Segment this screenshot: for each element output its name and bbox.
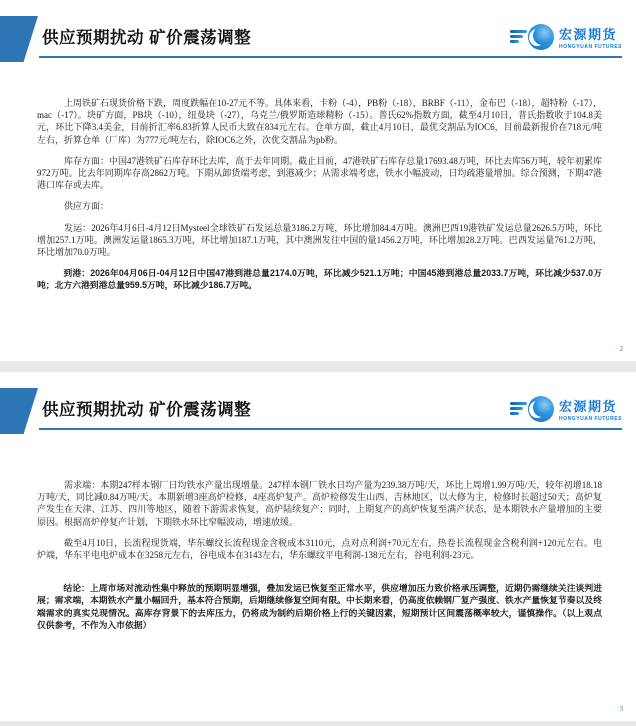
logo-name-en: HONGYUAN FUTURES: [559, 416, 622, 422]
logo-name-cn: 宏源期货: [559, 396, 622, 415]
company-logo: 宏源期货 HONGYUAN FUTURES: [510, 24, 622, 50]
logo-name-cn: 宏源期货: [559, 24, 622, 43]
paragraph-inventory: 库存方面：中国47港铁矿石库存环比去库，高于去年同期。截止目前，47港铁矿石库存…: [37, 155, 602, 192]
paragraph-cost-profit: 截至4月10日，长流程现货端，华东螺纹长流程现金含税成本3110元，点对点利润+…: [37, 537, 602, 561]
header-accent-band: [0, 16, 38, 62]
report-page-3: 供应预期扰动 矿价震荡调整 宏源期货 HONGYUAN FUTURES 需求端：…: [0, 372, 636, 721]
logo-name-en: HONGYUAN FUTURES: [559, 44, 622, 50]
page-number: 2: [620, 345, 624, 353]
page-title: 供应预期扰动 矿价震荡调整: [42, 24, 251, 48]
page-title: 供应预期扰动 矿价震荡调整: [42, 396, 251, 420]
page-body: 需求端：本期247样本钢厂日均铁水产量出现增量。247样本钢厂铁水日均产量为23…: [37, 479, 602, 640]
paragraph-spot-price: 上周铁矿石现货价格下跌，周度跌幅在10-27元不等。具体来看，卡粉（-4），PB…: [37, 97, 602, 146]
header-rule: [39, 56, 622, 58]
paragraph-conclusion: 结论：上周市场对流动性集中释放的预期明显增强，叠加发运已恢复至正常水平，供应增加…: [37, 582, 602, 631]
logo-globe-icon: [510, 396, 554, 422]
report-page-2: 供应预期扰动 矿价震荡调整 宏源期货 HONGYUAN FUTURES 上周铁矿…: [0, 0, 636, 361]
header-accent-band: [0, 388, 38, 434]
header-rule: [39, 428, 622, 430]
paragraph-shipments: 发运：2026年4月6日-4月12日Mysteel全球铁矿石发运总量3186.2…: [37, 222, 602, 259]
logo-globe-icon: [510, 24, 554, 50]
document-preview: 供应预期扰动 矿价震荡调整 宏源期货 HONGYUAN FUTURES 上周铁矿…: [0, 0, 636, 721]
page-body: 上周铁矿石现货价格下跌，周度跌幅在10-27元不等。具体来看，卡粉（-4），PB…: [37, 97, 602, 301]
paragraph-demand: 需求端：本期247样本钢厂日均铁水产量出现增量。247样本钢厂铁水日均产量为23…: [37, 479, 602, 528]
page-number: 3: [620, 705, 624, 713]
company-logo: 宏源期货 HONGYUAN FUTURES: [510, 396, 622, 422]
paragraph-supply-heading: 供应方面：: [37, 200, 602, 212]
paragraph-arrivals: 到港：2026年04月06日-04月12日中国47港到港总量2174.0万吨，环…: [37, 267, 602, 291]
